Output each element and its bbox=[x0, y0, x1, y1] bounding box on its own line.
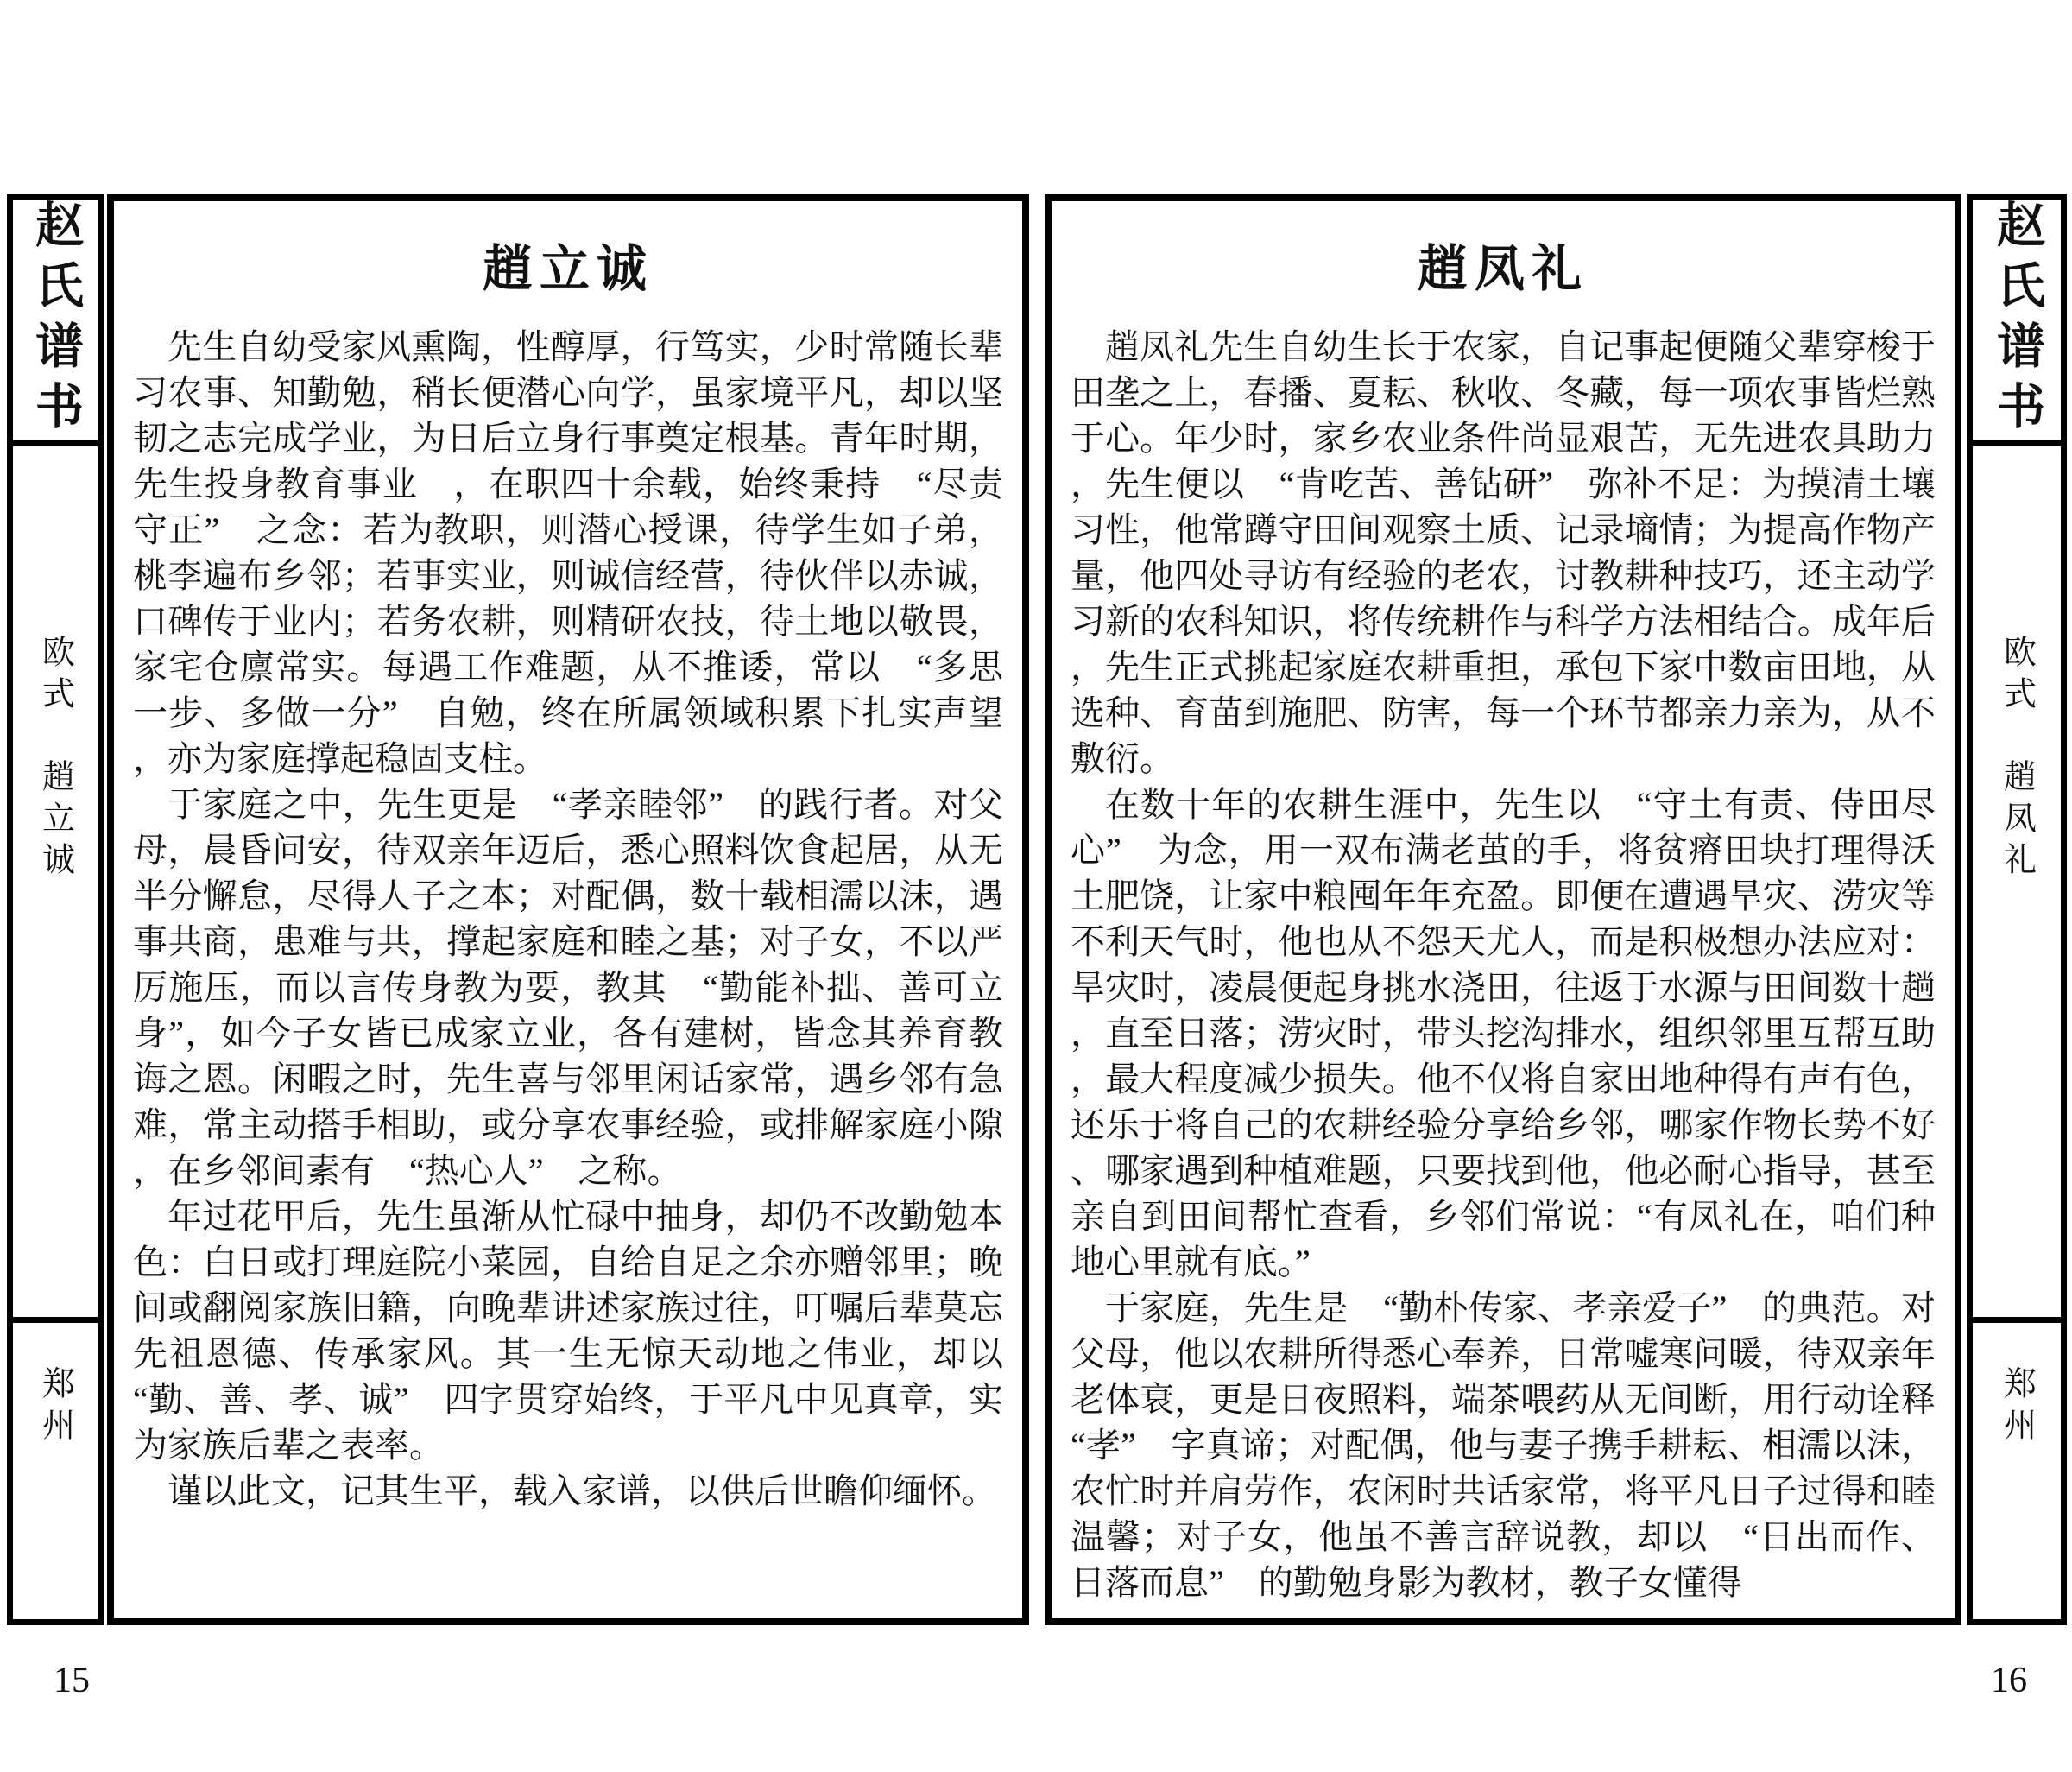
paragraph: 先生自幼受家风熏陶，性醇厚，行笃实，少时常随长辈习农事、知勤勉，稍长便潜心向学，… bbox=[133, 324, 1003, 782]
style-person-label: 欧式 趙立诚 bbox=[32, 446, 79, 1317]
page-title: 趙立诚 bbox=[133, 239, 1003, 300]
left-tab-location-box: 郑州 bbox=[13, 1323, 98, 1619]
page-number-right: 16 bbox=[1991, 1660, 2027, 1701]
right-tab-book-title-box: 赵氏谱书 bbox=[1973, 200, 2061, 446]
paragraph: 在数十年的农耕生涯中，先生以 “守土有责、侍田尽心” 为念，用一双布满老茧的手，… bbox=[1071, 782, 1936, 1285]
right-page: 趙凤礼 趙凤礼先生自幼生长于农家，自记事起便随父辈穿梭于田垄之上，春播、夏耘、秋… bbox=[1045, 194, 1961, 1625]
page-body: 趙凤礼先生自幼生长于农家，自记事起便随父辈穿梭于田垄之上，春播、夏耘、秋收、冬藏… bbox=[1071, 324, 1936, 1605]
location-label: 郑州 bbox=[1993, 1323, 2041, 1619]
paragraph: 年过花甲后，先生虽渐从忙碌中抽身，却仍不改勤勉本色：白日或打理庭院小菜园，自给自… bbox=[133, 1193, 1003, 1468]
paragraph: 于家庭之中，先生更是 “孝亲睦邻” 的践行者。对父母，晨昏问安，待双亲年迈后，悉… bbox=[133, 782, 1003, 1193]
left-tab-style-box: 欧式 趙立诚 bbox=[13, 446, 98, 1323]
paragraph: 谨以此文，记其生平，载入家谱，以供后世瞻仰缅怀。 bbox=[133, 1468, 1003, 1514]
page-body: 先生自幼受家风熏陶，性醇厚，行笃实，少时常随长辈习农事、知勤勉，稍长便潜心向学，… bbox=[133, 324, 1003, 1514]
style-person-label: 欧式 趙凤礼 bbox=[1993, 446, 2041, 1317]
left-tab-book-title-box: 赵氏谱书 bbox=[13, 200, 98, 446]
paragraph: 于家庭，先生是 “勤朴传家、孝亲爱子” 的典范。对父母，他以农耕所得悉心奉养，日… bbox=[1071, 1285, 1936, 1605]
genealogy-book-spread: 赵氏谱书 欧式 趙立诚 郑州 趙立诚 先生自幼受家风熏陶，性醇厚，行笃实，少时常… bbox=[0, 0, 2072, 1772]
right-tab-style-box: 欧式 趙凤礼 bbox=[1973, 446, 2061, 1323]
location-label: 郑州 bbox=[32, 1323, 79, 1619]
book-title: 赵氏谱书 bbox=[21, 199, 90, 441]
right-side-tab: 赵氏谱书 欧式 趙凤礼 郑州 bbox=[1967, 194, 2067, 1625]
book-title: 赵氏谱书 bbox=[1982, 199, 2051, 441]
page-number-left: 15 bbox=[54, 1660, 90, 1701]
paragraph: 趙凤礼先生自幼生长于农家，自记事起便随父辈穿梭于田垄之上，春播、夏耘、秋收、冬藏… bbox=[1071, 324, 1936, 782]
left-page: 趙立诚 先生自幼受家风熏陶，性醇厚，行笃实，少时常随长辈习农事、知勤勉，稍长便潜… bbox=[107, 194, 1029, 1625]
left-side-tab: 赵氏谱书 欧式 趙立诚 郑州 bbox=[7, 194, 104, 1625]
right-tab-location-box: 郑州 bbox=[1973, 1323, 2061, 1619]
page-title: 趙凤礼 bbox=[1071, 239, 1936, 300]
